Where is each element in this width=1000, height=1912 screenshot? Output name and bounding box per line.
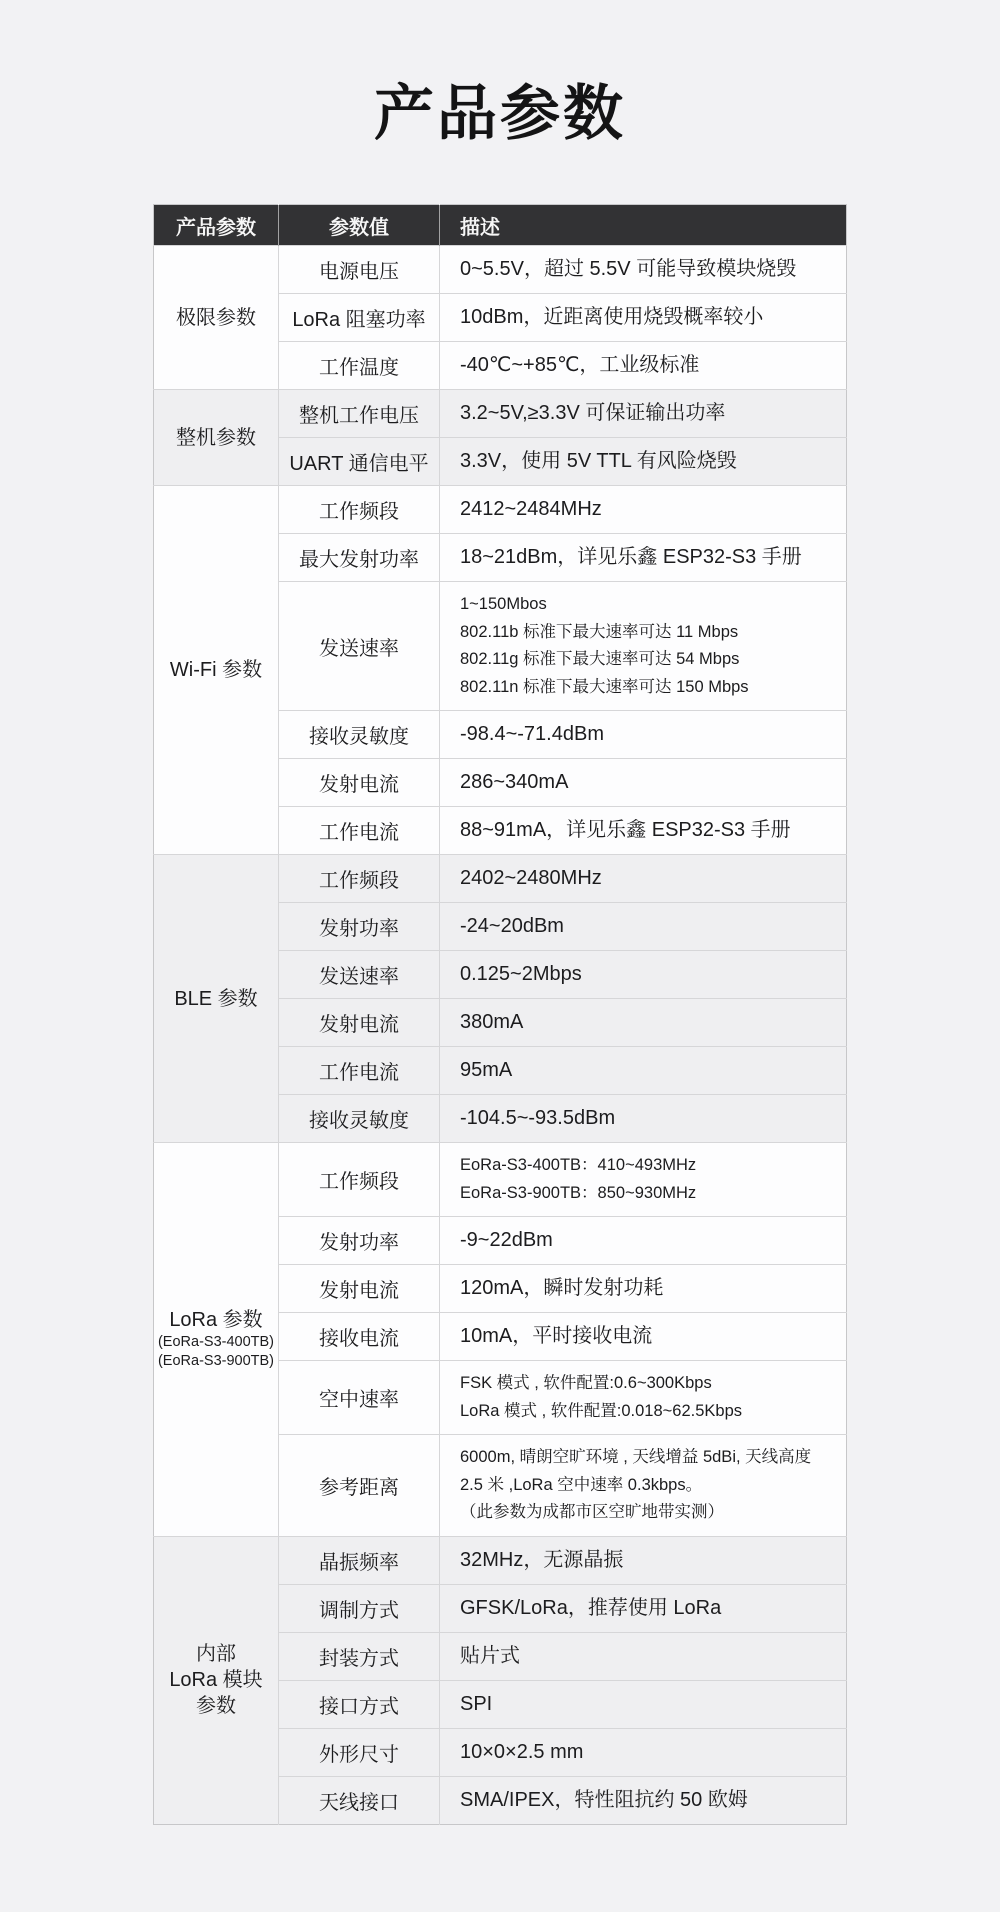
param-name-cell: 晶振频率 [279,1536,440,1584]
desc-line: 18~21dBm，详见乐鑫 ESP32-S3 手册 [460,543,832,572]
param-desc-cell: 286~340mA [440,759,847,807]
group-label-line: BLE 参数 [156,986,276,1012]
param-desc-cell: 32MHz，无源晶振 [440,1536,847,1584]
param-desc-cell: -9~22dBm [440,1217,847,1265]
spec-table-container: 产品参数 参数值 描述 极限参数电源电压0~5.5V，超过 5.5V 可能导致模… [153,204,847,1825]
desc-line: -98.4~-71.4dBm [460,720,832,749]
desc-line: 2412~2484MHz [460,495,832,524]
spec-table-header: 产品参数 参数值 描述 [154,205,847,246]
header-param-value: 参数值 [279,205,440,246]
param-desc-cell: EoRa-S3-400TB：410~493MHzEoRa-S3-900TB：85… [440,1143,847,1217]
param-name-cell: 发射电流 [279,759,440,807]
param-name-cell: 发送速率 [279,582,440,711]
spec-table: 产品参数 参数值 描述 极限参数电源电压0~5.5V，超过 5.5V 可能导致模… [153,204,847,1825]
group-label-cell: BLE 参数 [154,855,279,1143]
param-desc-cell: 95mA [440,1047,847,1095]
desc-line: -40℃~+85℃，工业级标准 [460,351,832,380]
desc-line: （此参数为成都市区空旷地带实测） [460,1499,832,1527]
param-desc-cell: 10mA，平时接收电流 [440,1313,847,1361]
desc-line: 88~91mA，详见乐鑫 ESP32-S3 手册 [460,816,832,845]
desc-line: LoRa 模式 , 软件配置:0.018~62.5Kbps [460,1398,832,1426]
param-name-cell: 工作频段 [279,486,440,534]
desc-line: 95mA [460,1056,832,1085]
desc-line: SMA/IPEX，特性阻抗约 50 欧姆 [460,1786,832,1815]
group-label-line: LoRa 参数 [156,1307,276,1333]
param-desc-cell: 0~5.5V，超过 5.5V 可能导致模块烧毁 [440,246,847,294]
desc-line: FSK 模式 , 软件配置:0.6~300Kbps [460,1370,832,1398]
param-desc-cell: 120mA，瞬时发射功耗 [440,1265,847,1313]
desc-line: 10dBm，近距离使用烧毁概率较小 [460,303,832,332]
desc-line: 1~150Mbos [460,591,832,619]
group-label-line: 内部 [156,1641,276,1667]
param-name-cell: 接口方式 [279,1680,440,1728]
param-desc-cell: -98.4~-71.4dBm [440,711,847,759]
desc-line: 802.11n 标准下最大速率可达 150 Mbps [460,674,832,702]
desc-line: 120mA，瞬时发射功耗 [460,1274,832,1303]
desc-line: EoRa-S3-900TB：850~930MHz [460,1180,832,1208]
desc-line: 3.2~5V,≥3.3V 可保证输出功率 [460,399,832,428]
param-name-cell: LoRa 阻塞功率 [279,294,440,342]
desc-line: 380mA [460,1008,832,1037]
param-name-cell: 天线接口 [279,1776,440,1824]
table-row: BLE 参数工作频段2402~2480MHz [154,855,847,903]
param-name-cell: 工作电流 [279,1047,440,1095]
param-name-cell: 工作频段 [279,1143,440,1217]
desc-line: 802.11b 标准下最大速率可达 11 Mbps [460,619,832,647]
param-name-cell: 封装方式 [279,1632,440,1680]
table-row: 内部LoRa 模块参数晶振频率32MHz，无源晶振 [154,1536,847,1584]
desc-line: 3.3V，使用 5V TTL 有风险烧毁 [460,447,832,476]
param-name-cell: 最大发射功率 [279,534,440,582]
param-desc-cell: 10×0×2.5 mm [440,1728,847,1776]
param-desc-cell: 2412~2484MHz [440,486,847,534]
param-desc-cell: FSK 模式 , 软件配置:0.6~300KbpsLoRa 模式 , 软件配置:… [440,1361,847,1435]
param-name-cell: 参考距离 [279,1435,440,1537]
desc-line: -104.5~-93.5dBm [460,1104,832,1133]
param-desc-cell: 10dBm，近距离使用烧毁概率较小 [440,294,847,342]
group-label-cell: 整机参数 [154,390,279,486]
group-label-line: 整机参数 [156,425,276,451]
header-description: 描述 [440,205,847,246]
desc-line: 10mA，平时接收电流 [460,1322,832,1351]
group-label-line: (EoRa-S3-900TB) [156,1352,276,1371]
table-row: 整机参数整机工作电压3.2~5V,≥3.3V 可保证输出功率 [154,390,847,438]
param-desc-cell: 2402~2480MHz [440,855,847,903]
desc-line: SPI [460,1690,832,1719]
param-desc-cell: 贴片式 [440,1632,847,1680]
param-desc-cell: 380mA [440,999,847,1047]
desc-line: 0~5.5V，超过 5.5V 可能导致模块烧毁 [460,255,832,284]
group-label-line: 参数 [156,1693,276,1719]
param-desc-cell: SPI [440,1680,847,1728]
param-name-cell: 外形尺寸 [279,1728,440,1776]
desc-line: 0.125~2Mbps [460,960,832,989]
desc-line: 32MHz，无源晶振 [460,1546,832,1575]
param-name-cell: 发射功率 [279,903,440,951]
desc-line: 802.11g 标准下最大速率可达 54 Mbps [460,646,832,674]
param-desc-cell: 6000m, 晴朗空旷环境 , 天线增益 5dBi, 天线高度2.5 米 ,Lo… [440,1435,847,1537]
param-name-cell: 工作电流 [279,807,440,855]
table-row: 极限参数电源电压0~5.5V，超过 5.5V 可能导致模块烧毁 [154,246,847,294]
group-label-cell: Wi-Fi 参数 [154,486,279,855]
param-name-cell: 电源电压 [279,246,440,294]
desc-line: 2402~2480MHz [460,864,832,893]
param-name-cell: 空中速率 [279,1361,440,1435]
group-label-cell: 内部LoRa 模块参数 [154,1536,279,1824]
param-name-cell: 工作温度 [279,342,440,390]
param-name-cell: 发射电流 [279,999,440,1047]
desc-line: 10×0×2.5 mm [460,1738,832,1767]
desc-line: 286~340mA [460,768,832,797]
page-title: 产品参数 [0,66,1000,152]
param-name-cell: 工作频段 [279,855,440,903]
param-name-cell: 发射电流 [279,1265,440,1313]
spec-table-body: 极限参数电源电压0~5.5V，超过 5.5V 可能导致模块烧毁LoRa 阻塞功率… [154,246,847,1825]
param-name-cell: 接收电流 [279,1313,440,1361]
group-label-cell: 极限参数 [154,246,279,390]
param-name-cell: 整机工作电压 [279,390,440,438]
param-desc-cell: 88~91mA，详见乐鑫 ESP32-S3 手册 [440,807,847,855]
param-name-cell: 发送速率 [279,951,440,999]
header-product-param: 产品参数 [154,205,279,246]
param-desc-cell: 1~150Mbos802.11b 标准下最大速率可达 11 Mbps802.11… [440,582,847,711]
param-desc-cell: -40℃~+85℃，工业级标准 [440,342,847,390]
param-name-cell: 发射功率 [279,1217,440,1265]
param-desc-cell: 18~21dBm，详见乐鑫 ESP32-S3 手册 [440,534,847,582]
param-desc-cell: -24~20dBm [440,903,847,951]
desc-line: -9~22dBm [460,1226,832,1255]
param-name-cell: 接收灵敏度 [279,711,440,759]
group-label-cell: LoRa 参数(EoRa-S3-400TB)(EoRa-S3-900TB) [154,1143,279,1537]
group-label-line: (EoRa-S3-400TB) [156,1333,276,1352]
param-desc-cell: GFSK/LoRa，推荐使用 LoRa [440,1584,847,1632]
param-name-cell: 接收灵敏度 [279,1095,440,1143]
param-desc-cell: SMA/IPEX，特性阻抗约 50 欧姆 [440,1776,847,1824]
desc-line: -24~20dBm [460,912,832,941]
group-label-line: LoRa 模块 [156,1667,276,1693]
group-label-line: Wi-Fi 参数 [156,657,276,683]
param-name-cell: 调制方式 [279,1584,440,1632]
desc-line: GFSK/LoRa，推荐使用 LoRa [460,1594,832,1623]
param-desc-cell: -104.5~-93.5dBm [440,1095,847,1143]
desc-line: 贴片式 [460,1642,832,1671]
param-name-cell: UART 通信电平 [279,438,440,486]
table-row: Wi-Fi 参数工作频段2412~2484MHz [154,486,847,534]
group-label-line: 极限参数 [156,305,276,331]
param-desc-cell: 0.125~2Mbps [440,951,847,999]
table-row: LoRa 参数(EoRa-S3-400TB)(EoRa-S3-900TB)工作频… [154,1143,847,1217]
desc-line: 6000m, 晴朗空旷环境 , 天线增益 5dBi, 天线高度 [460,1444,832,1472]
desc-line: 2.5 米 ,LoRa 空中速率 0.3kbps。 [460,1472,832,1500]
desc-line: EoRa-S3-400TB：410~493MHz [460,1152,832,1180]
param-desc-cell: 3.2~5V,≥3.3V 可保证输出功率 [440,390,847,438]
param-desc-cell: 3.3V，使用 5V TTL 有风险烧毁 [440,438,847,486]
